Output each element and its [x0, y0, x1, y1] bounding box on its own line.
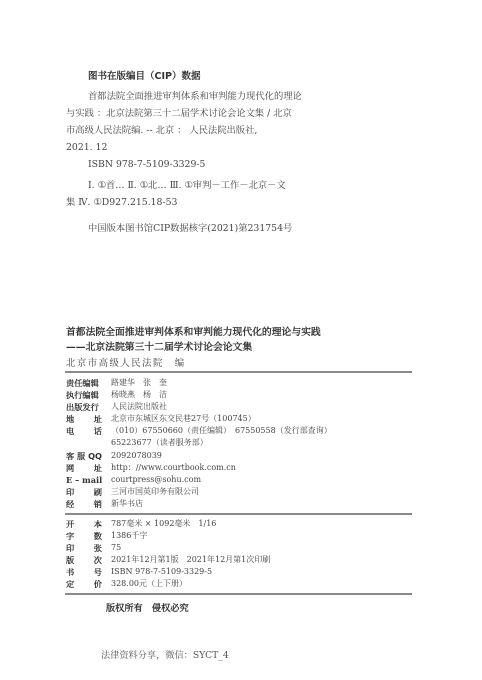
- cip-entry-line: 与实践 ：北京法院第三十二届学术讨论会论文集 / 北京: [66, 105, 292, 122]
- spec-value: 787毫米 × 1092毫米 1/16: [111, 518, 216, 530]
- spec-label: 印张: [66, 542, 102, 554]
- divider-bottom: [65, 593, 412, 595]
- cip-entry-line: 2021. 12: [66, 139, 107, 156]
- info-value: 新华书店: [111, 498, 143, 510]
- spec-label: 字数: [66, 530, 102, 542]
- spec-label: 书号: [66, 566, 102, 578]
- book-title: 首都法院全面推进审判体系和审判能力现代化的理论与实践: [66, 324, 321, 338]
- info-label: 执行编辑: [66, 389, 102, 401]
- info-label: 网址: [66, 462, 102, 474]
- info-label: 责任编辑: [66, 377, 102, 389]
- spec-value: 75: [111, 542, 121, 554]
- cip-entry-line: 首都法院全面推进审判体系和审判能力现代化的理论: [88, 88, 302, 105]
- info-value: 杨晓燕 杨 洁: [111, 389, 167, 401]
- info-value: 三河市国英印务有限公司: [111, 486, 199, 498]
- spec-label: 定价: [66, 578, 102, 590]
- info-label: 地址: [66, 413, 102, 425]
- spec-label: 版次: [66, 554, 102, 566]
- website-link[interactable]: http：//www.courtbook.com.cn: [111, 462, 236, 474]
- info-value: 路建华 张 奎: [111, 377, 167, 389]
- info-value: 2092078039: [111, 450, 162, 462]
- cip-heading: 图书在版编目（CIP）数据: [88, 68, 200, 82]
- copyright-notice: 版权所有 侵权必究: [106, 600, 189, 614]
- info-label: 经销: [66, 498, 102, 510]
- cip-approval-number: 中国版本图书馆CIP数据核字(2021)第231754号: [88, 220, 292, 237]
- info-label: 客服QQ: [66, 450, 102, 462]
- spec-label: 开本: [66, 518, 102, 530]
- cip-isbn: ISBN 978-7-5109-3329-5: [88, 156, 205, 173]
- book-editor: 北京市高级人民法院 编: [66, 355, 186, 369]
- email-link[interactable]: courtpress@sohu.com: [111, 474, 201, 486]
- info-value: 北京市东城区东交民巷27号（100745）: [111, 413, 256, 425]
- divider-top: [65, 371, 412, 373]
- cip-subject-line: Ⅰ. ①首… Ⅱ. ①北… Ⅲ. ①审判－工作－北京－文: [88, 177, 286, 194]
- watermark-text: 法律资料分享，微信：SYCT_4: [101, 647, 229, 661]
- cip-entry-line: 市高级人民法院编. -- 北京 ： 人民法院出版社,: [66, 122, 257, 139]
- spec-value: ISBN 978-7-5109-3329-5: [111, 566, 212, 578]
- info-label: 出版发行: [66, 401, 102, 413]
- cip-subject-line: 集 Ⅳ. ①D927.215.18-53: [66, 194, 177, 211]
- info-label: 印刷: [66, 486, 102, 498]
- book-subtitle: ——北京法院第三十二届学术讨论会论文集: [66, 339, 252, 353]
- info-label: 电话: [66, 425, 102, 437]
- info-value: 65223677（读者服务部）: [111, 437, 208, 449]
- info-label: E – mail: [66, 474, 102, 486]
- spec-value: 328.00元（上下册）: [111, 578, 187, 590]
- info-value: 人民法院出版社: [111, 401, 167, 413]
- spec-value: 2021年12月第1版 2021年12月第1次印刷: [111, 554, 270, 566]
- spec-value: 1386千字: [111, 530, 147, 542]
- info-value: （010）67550660（责任编辑） 67550558（发行部查询）: [111, 425, 332, 437]
- divider-middle: [65, 513, 412, 515]
